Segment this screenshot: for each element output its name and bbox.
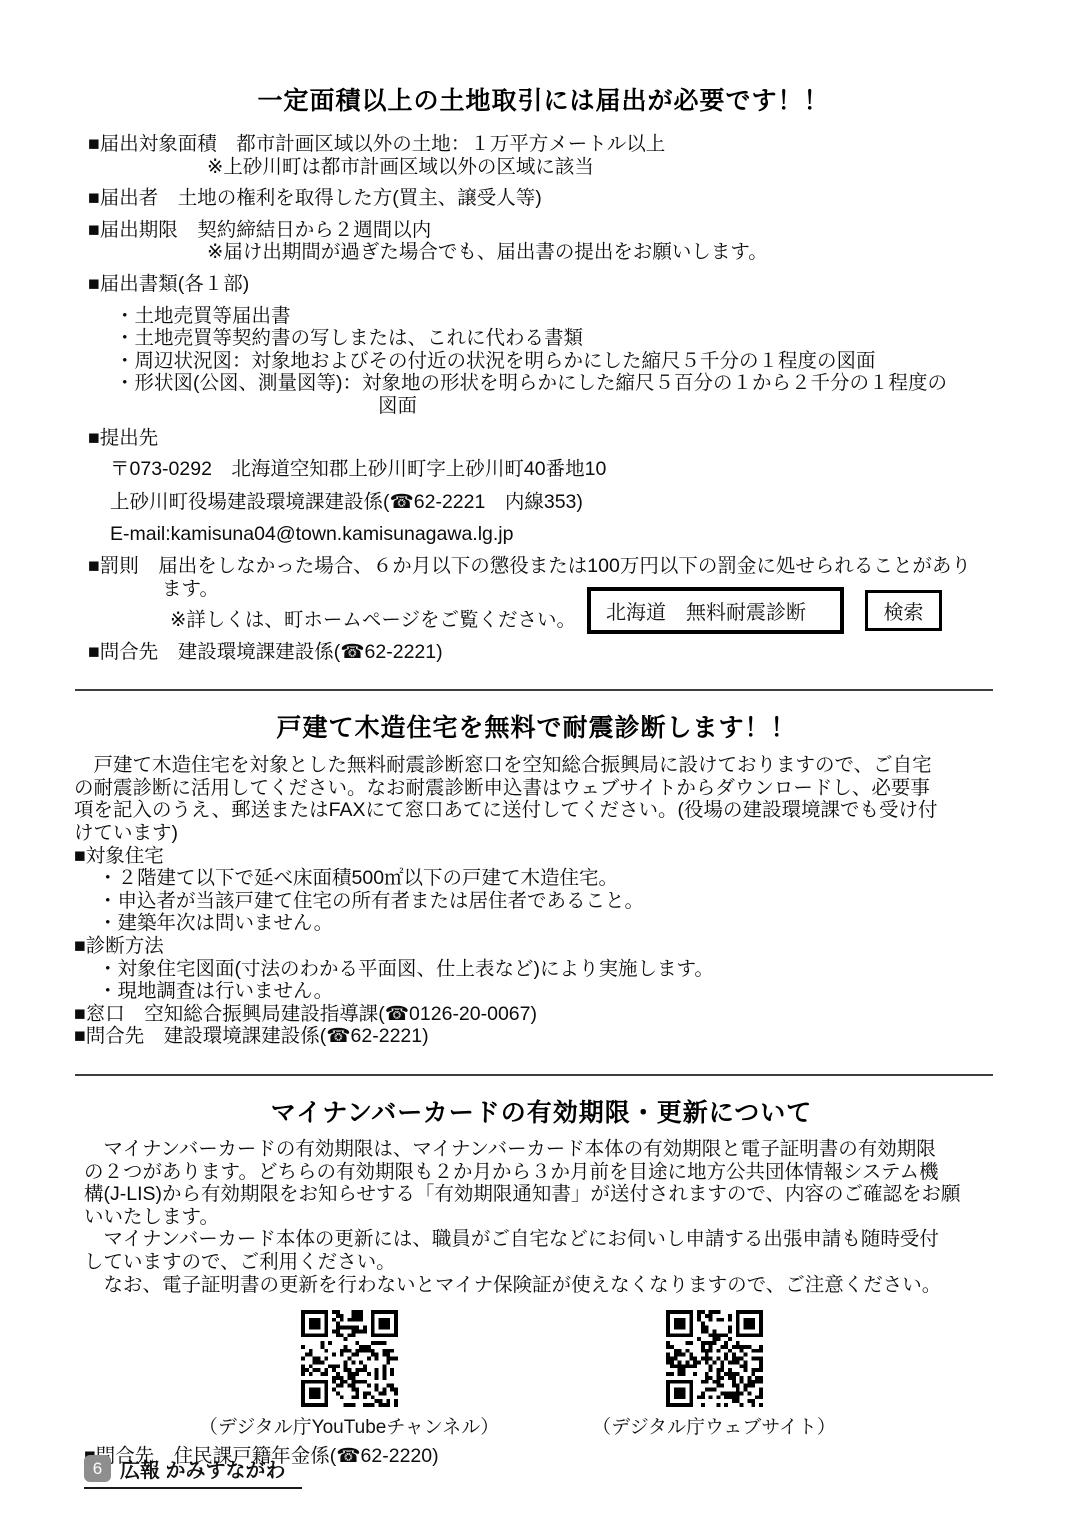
bullet-shape-map-cont: 図面: [378, 395, 999, 418]
search-box-mock: 北海道 無料耐震診断 検索: [587, 587, 942, 634]
qr-block-website: （デジタル庁ウェブサイト）: [574, 1310, 854, 1439]
section-mynumber-card: マイナンバーカードの有効期限・更新について マイナンバーカードの有効期限は、マイ…: [0, 1096, 1069, 1468]
line-postal-address: 〒073-0292 北海道空知郡上砂川町字上砂川町40番地10: [110, 458, 999, 481]
section-divider-2: [75, 1074, 993, 1076]
para-seismic-1: 戸建て木造住宅を対象とした無料耐震診断窓口を空知総合振興局に設けておりますので、…: [74, 754, 999, 777]
bullet-notification-form: ・土地売買等届出書: [115, 305, 999, 328]
line-office-contact: 上砂川町役場建設環境課建設係(☎62-2221 内線353): [110, 491, 999, 514]
line-deadline-note: ※届け出期間が過ぎた場合でも、届出書の提出をお願いします。: [207, 241, 999, 264]
page-number-badge: 6: [84, 1455, 111, 1482]
line-notifier: ■届出者 土地の権利を取得した方(買主、譲受人等): [88, 187, 999, 210]
bullet-by-drawings: ・対象住宅図面(寸法のわかる平面図、仕上表など)により実施します。: [98, 958, 999, 981]
section3-title: マイナンバーカードの有効期限・更新について: [84, 1096, 999, 1130]
line-section2-inquiry: ■問合先 建設環境課建設係(☎62-2221): [74, 1025, 999, 1048]
line-deadline: ■届出期限 契約締結日から２週間以内: [88, 219, 999, 242]
search-query-box: 北海道 無料耐震診断: [587, 587, 844, 634]
section-seismic-diagnosis: 戸建て木造住宅を無料で耐震診断します！！ 戸建て木造住宅を対象とした無料耐震診断…: [0, 711, 1069, 1048]
bullet-no-site-survey: ・現地調査は行いません。: [98, 980, 999, 1003]
line-penalty: ■罰則 届出をしなかった場合、６か月以下の懲役または100万円以下の罰金に処せら…: [88, 555, 999, 578]
line-target-houses: ■対象住宅: [74, 845, 999, 868]
para-seismic-4: けています): [74, 822, 999, 845]
bullet-contract-copy: ・土地売買等契約書の写しまたは、これに代わる書類: [115, 327, 999, 350]
line-submit-to-header: ■提出先: [88, 427, 999, 450]
section-land-transaction-notice: 一定面積以上の土地取引には届出が必要です！！ ■届出対象面積 都市計画区域以外の…: [0, 0, 1069, 663]
para-mynumber-1: マイナンバーカードの有効期限は、マイナンバーカード本体の有効期限と電子証明書の有…: [84, 1138, 999, 1161]
line-email: E-mail:kamisuna04@town.kamisunagawa.lg.j…: [110, 523, 999, 546]
bullet-any-year: ・建築年次は問いません。: [98, 912, 999, 935]
para-seismic-2: の耐震診断に活用してください。なお耐震診断申込書はウェブサイトからダウンロードし…: [74, 777, 999, 800]
qr-code-website: [666, 1310, 763, 1407]
line-window-contact: ■窓口 空知総合振興局建設指導課(☎0126-20-0067): [74, 1003, 999, 1026]
qr-code-row: （デジタル庁YouTubeチャンネル） （デジタル庁ウェブサイト）: [84, 1310, 999, 1439]
bullet-surrounding-map: ・周辺状況図：対象地およびその付近の状況を明らかにした縮尺５千分の１程度の図面: [115, 350, 999, 373]
line-diagnosis-method: ■診断方法: [74, 935, 999, 958]
para-seismic-3: 項を記入のうえ、郵送またはFAXにて窓口あてに送付してください。(役場の建設環境…: [74, 799, 999, 822]
line-notify-area-note: ※上砂川町は都市計画区域以外の区域に該当: [207, 156, 999, 179]
search-button: 検索: [865, 590, 942, 631]
para-mynumber-7: なお、電子証明書の更新を行わないとマイナ保険証が使えなくなりますので、ご注意くだ…: [84, 1274, 999, 1297]
bullet-shape-map: ・形状図(公図、測量図等)：対象地の形状を明らかにした縮尺５百分の１から２千分の…: [115, 372, 999, 395]
section1-title: 一定面積以上の土地取引には届出が必要です！！: [88, 84, 999, 118]
newsletter-title: 広報 かみすながわ: [120, 1454, 286, 1483]
qr-caption-website: （デジタル庁ウェブサイト）: [592, 1412, 836, 1439]
bullet-owner-resident: ・申込者が当該戸建て住宅の所有者または居住者であること。: [98, 890, 999, 913]
para-mynumber-2: の２つがあります。どちらの有効期限も２か月から３か月前を目途に地方公共団体情報シ…: [84, 1161, 999, 1184]
qr-caption-youtube: （デジタル庁YouTubeチャンネル）: [199, 1412, 499, 1439]
qr-code-youtube-channel: [301, 1310, 398, 1407]
para-mynumber-6: していますので、ご利用ください。: [84, 1251, 999, 1274]
line-section1-inquiry: ■問合先 建設環境課建設係(☎62-2221): [88, 641, 999, 664]
newsletter-page: 一定面積以上の土地取引には届出が必要です！！ ■届出対象面積 都市計画区域以外の…: [0, 0, 1069, 1516]
page-footer: 6 広報 かみすながわ: [84, 1454, 302, 1489]
search-query-text: 北海道 無料耐震診断: [606, 596, 806, 625]
line-documents-header: ■届出書類(各１部): [88, 273, 999, 296]
bullet-two-story: ・２階建て以下で延べ床面積500㎡以下の戸建て木造住宅。: [98, 867, 999, 890]
para-mynumber-3: 構(J-LIS)から有効期限をお知らせする「有効期限通知書」が送付されますので、…: [84, 1183, 999, 1206]
section2-title: 戸建て木造住宅を無料で耐震診断します！！: [74, 711, 999, 745]
qr-block-youtube: （デジタル庁YouTubeチャンネル）: [199, 1310, 499, 1439]
line-notify-area: ■届出対象面積 都市計画区域以外の土地：１万平方メートル以上: [88, 133, 999, 156]
para-mynumber-4: いいたします。: [84, 1206, 999, 1229]
section-divider-1: [75, 689, 993, 691]
para-mynumber-5: マイナンバーカード本体の更新には、職員がご自宅などにお伺いし申請する出張申請も随…: [84, 1228, 999, 1251]
